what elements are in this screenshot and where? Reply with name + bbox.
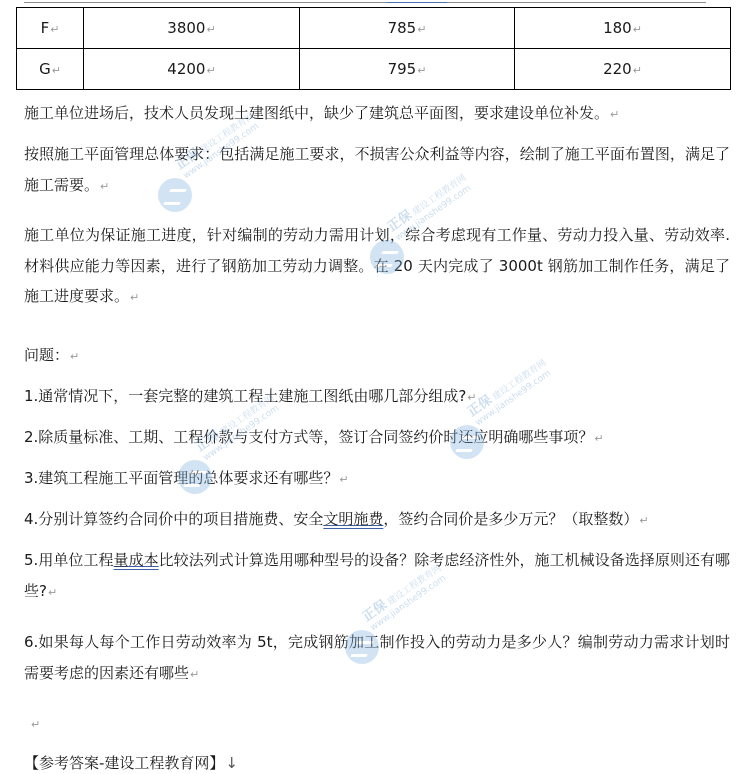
table-cell-label: G↵ [17,49,84,90]
question-2: 2.除质量标准、工期、工程价款与支付方式等，签订合同签约价时还应明确哪些事项？↵ [24,422,730,455]
table-cell: 180↵ [515,8,731,49]
question-6: 6.如果每人每个工作日劳动效率为 5t，完成钢筋加工制作投入的劳动力是多少人？编… [24,627,730,690]
table-row: F↵ 3800↵ 785↵ 180↵ [17,8,731,49]
question-5: 5.用单位工程量成本比较法列式计算选用哪种型号的设备？除考虑经济性外，施工机械设… [24,545,730,608]
table-cell: 4200↵ [84,49,300,90]
spellcheck-underline: 量成本 [114,551,159,569]
table-row: G↵ 4200↵ 795↵ 220↵ [17,49,731,90]
table-cell-label: F↵ [17,8,84,49]
table-cell: 220↵ [515,49,731,90]
question-1: 1.通常情况下，一套完整的建筑工程土建施工图纸由哪几部分组成?↵ [24,381,730,414]
paragraph-3: 施工单位为保证施工进度，针对编制的劳动力需用计划，综合考虑现有工作量、劳动力投入… [24,220,730,314]
table-cell: 795↵ [300,49,515,90]
header-rule [24,2,706,3]
paragraph-2: 按照施工平面管理总体要求：包括满足施工要求，不损害公众利益等内容，绘制了施工平面… [24,139,730,202]
question-4: 4.分别计算签约合同价中的项目措施费、安全文明施费，签约合同价是多少万元？（取整… [24,504,730,537]
answer-heading: 【参考答案-建设工程教育网】↓ [24,748,730,774]
empty-paragraph: ↵ [30,708,730,741]
data-table: F↵ 3800↵ 785↵ 180↵ G↵ 4200↵ 795↵ 220↵ [16,7,731,90]
spellcheck-underline: 文明施费 [323,510,383,528]
questions-heading: 问题：↵ [24,340,730,373]
question-3: 3.建筑工程施工平面管理的总体要求还有哪些？↵ [24,463,730,496]
paragraph-1: 施工单位进场后，技术人员发现土建图纸中，缺少了建筑总平面图，要求建设单位补发。↵ [24,98,730,131]
table-cell: 3800↵ [84,8,300,49]
table-cell: 785↵ [300,8,515,49]
